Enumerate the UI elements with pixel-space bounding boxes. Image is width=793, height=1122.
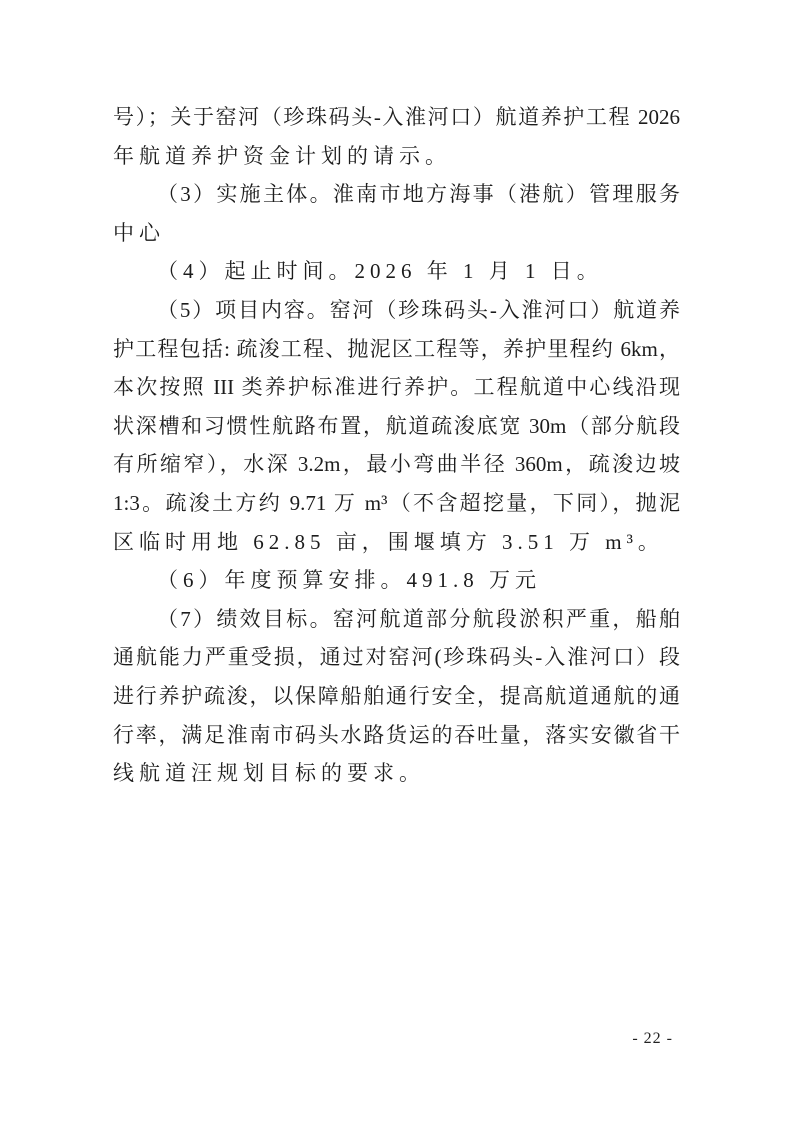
doc-line-1: 号）；关于窑河（珍珠码头-入淮河口）航道养护工程 2026	[113, 98, 680, 137]
doc-line-10: 有所缩窄），水深 3.2m，最小弯曲半径 360m，疏浚边坡	[113, 445, 680, 484]
doc-line-14: （7）绩效目标。窑河航道部分航段淤积严重，船舶	[113, 600, 680, 639]
doc-line-9: 状深槽和习惯性航路布置，航道疏浚底宽 30m（部分航段	[113, 407, 680, 446]
doc-line-17: 行率，满足淮南市码头水路货运的吞吐量，落实安徽省干	[113, 716, 680, 755]
doc-line-4: 中心	[113, 214, 680, 253]
doc-line-16: 进行养护疏浚，以保障船舶通行安全，提高航道通航的通	[113, 677, 680, 716]
doc-line-6: （5）项目内容。窑河（珍珠码头-入淮河口）航道养	[113, 291, 680, 330]
doc-line-8: 本次按照 III 类养护标准进行养护。工程航道中心线沿现	[113, 368, 680, 407]
document-body: 号）；关于窑河（珍珠码头-入淮河口）航道养护工程 2026 年航道养护资金计划的…	[113, 98, 680, 793]
page-number: - 22 -	[632, 1030, 673, 1048]
document-page: 号）；关于窑河（珍珠码头-入淮河口）航道养护工程 2026 年航道养护资金计划的…	[0, 0, 793, 1122]
doc-line-13: （6）年度预算安排。491.8 万元	[113, 561, 680, 600]
doc-line-11: 1:3。疏浚土方约 9.71 万 m³（不含超挖量，下同），抛泥	[113, 484, 680, 523]
doc-line-3: （3）实施主体。淮南市地方海事（港航）管理服务	[113, 175, 680, 214]
doc-line-15: 通航能力严重受损，通过对窑河(珍珠码头-入淮河口）段	[113, 638, 680, 677]
doc-line-7: 护工程包括: 疏浚工程、抛泥区工程等，养护里程约 6km，	[113, 330, 680, 369]
doc-line-12: 区临时用地 62.85 亩，围堰填方 3.51 万 m³。	[113, 523, 680, 562]
doc-line-2: 年航道养护资金计划的请示。	[113, 137, 680, 176]
doc-line-18: 线航道汪规划目标的要求。	[113, 754, 680, 793]
doc-line-5: （4）起止时间。2026 年 1 月 1 日。	[113, 252, 680, 291]
